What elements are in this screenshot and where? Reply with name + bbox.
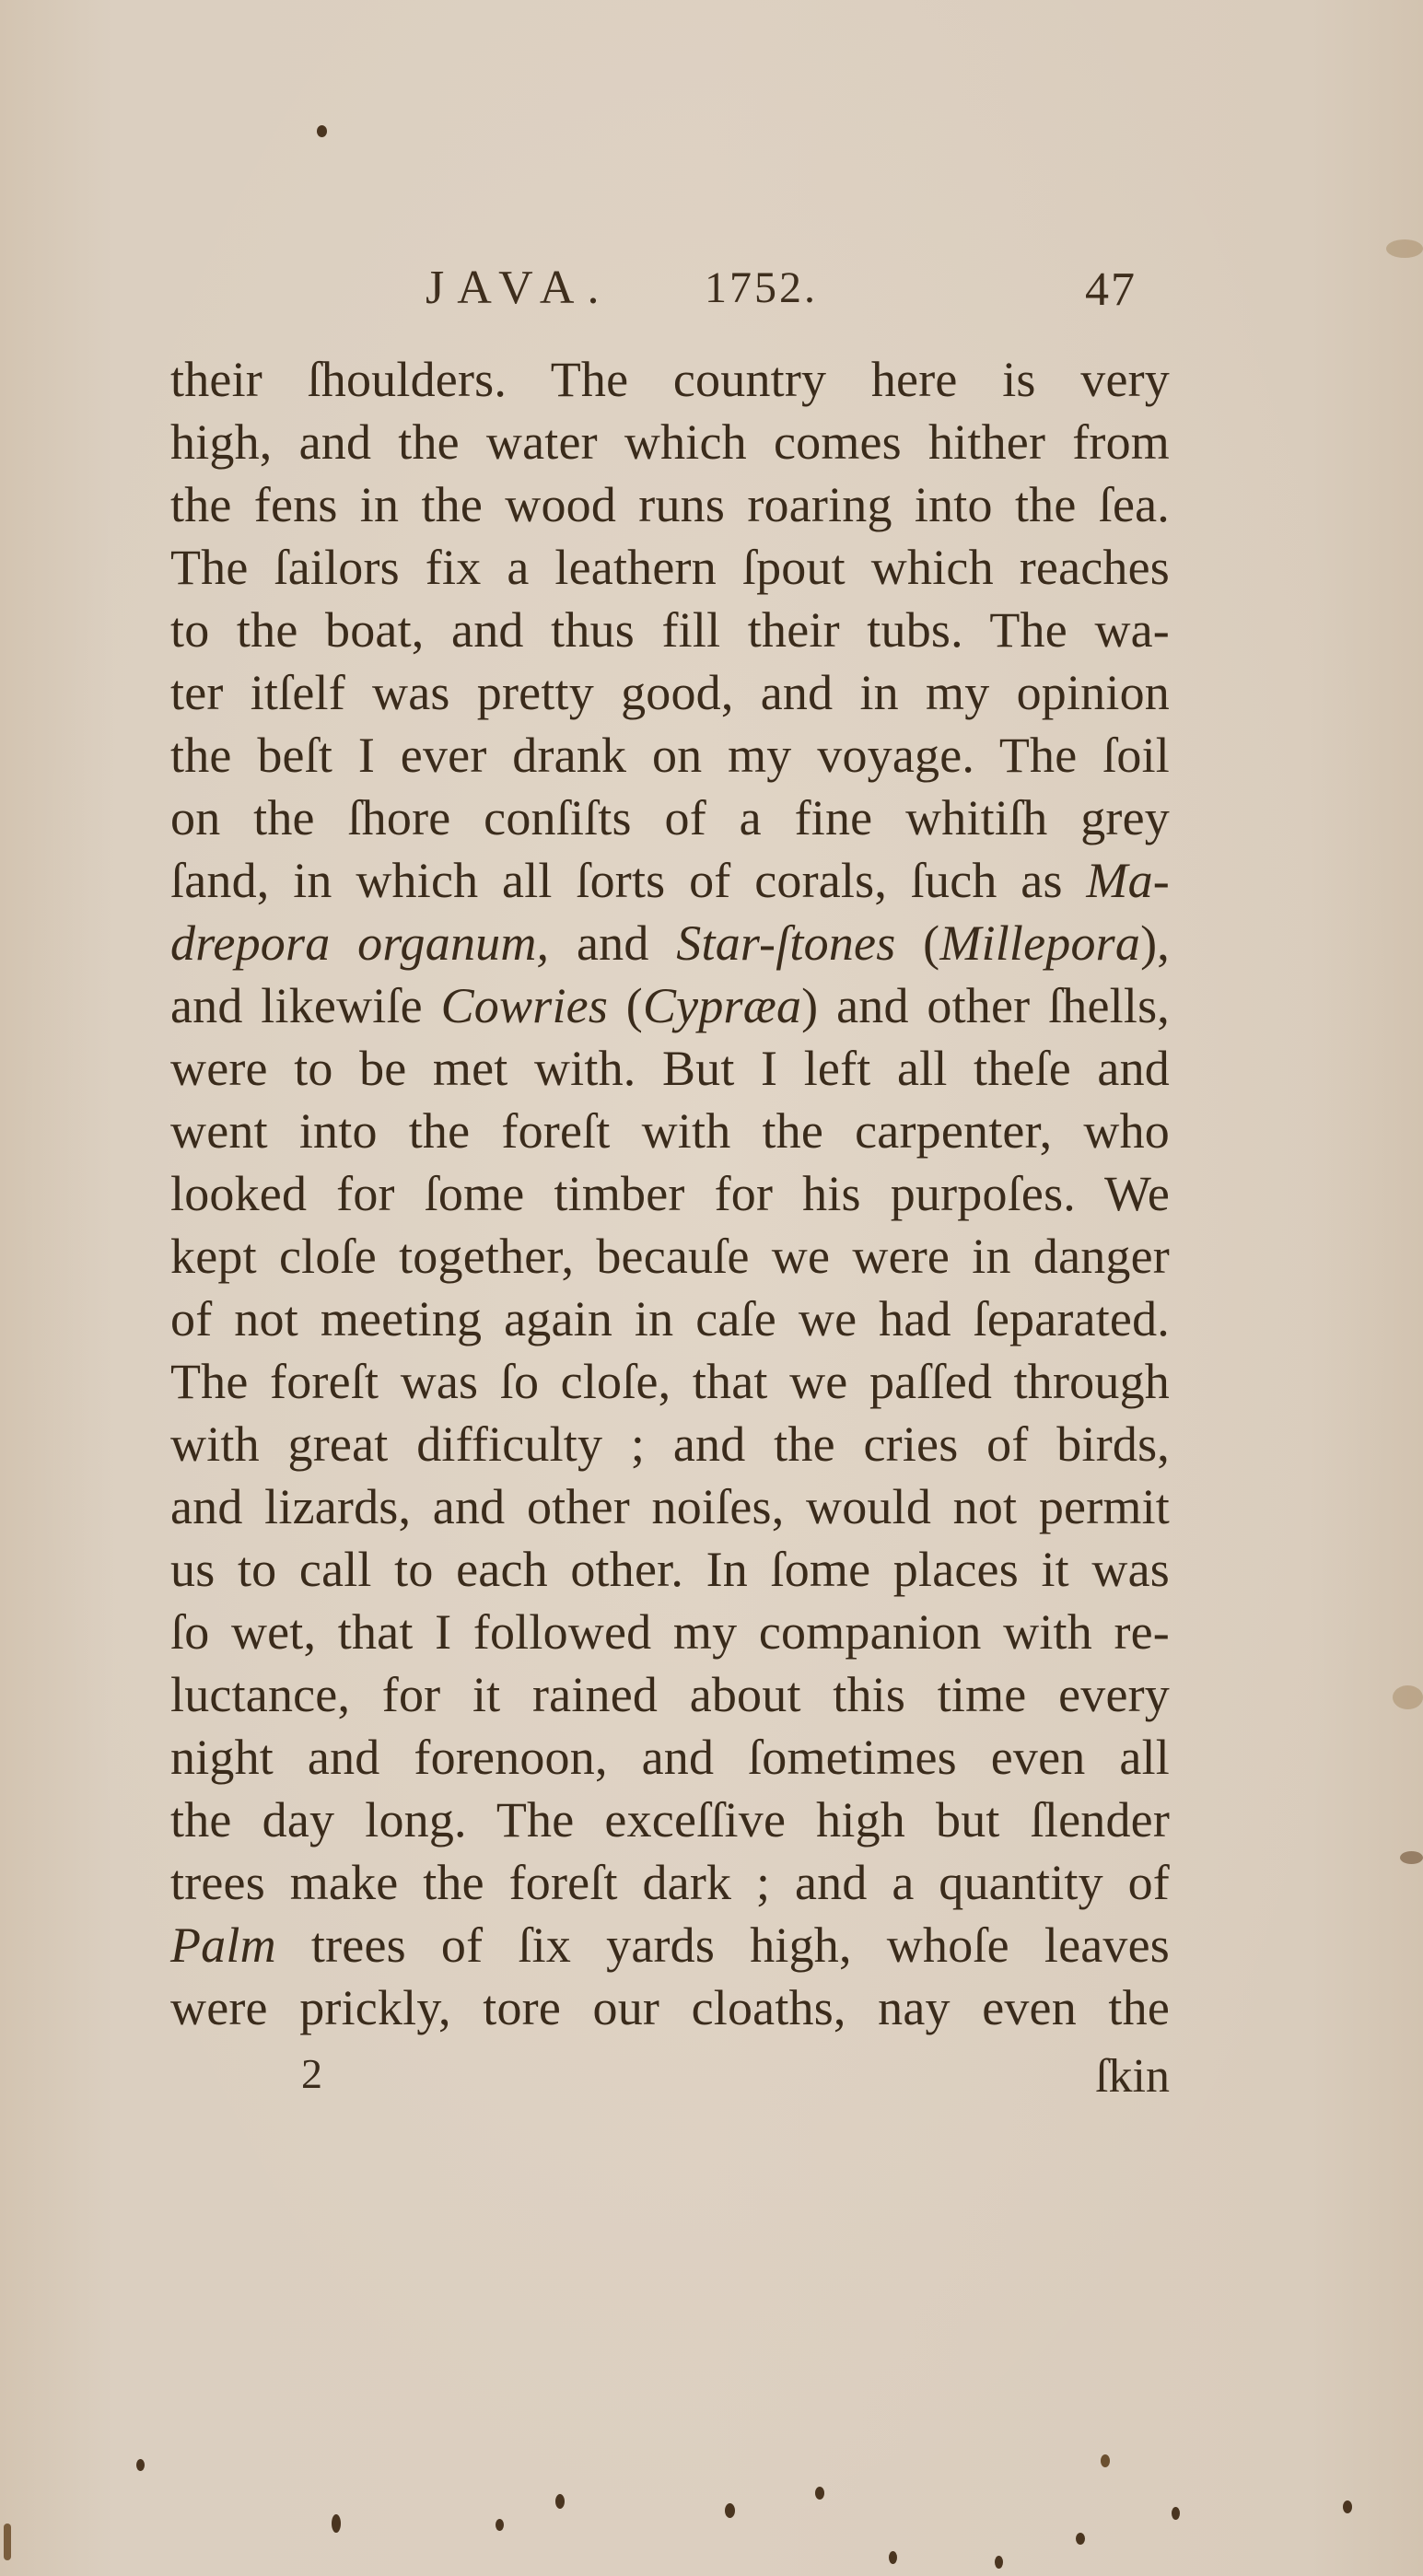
italic-term: Ma- (1086, 853, 1170, 908)
foxing-spot (4, 2524, 11, 2560)
text-line: and likewiſe Cowries (Cypræa) and other … (170, 974, 1170, 1037)
italic-term: Palm (170, 1917, 276, 1973)
foxing-spot (555, 2494, 565, 2509)
stain (1386, 239, 1423, 258)
italic-term: Cowries (441, 978, 608, 1033)
foxing-spot (332, 2514, 341, 2533)
text-line: Palm trees of ſix yards high, whoſe leav… (170, 1914, 1170, 1976)
text-line: high, and the water which comes hither f… (170, 411, 1170, 473)
text-segment: trees of ſix yards high, whoſe leaves (276, 1917, 1170, 1973)
text-line: drepora organum, and Star-ſtones (Millep… (170, 912, 1170, 974)
text-segment: the fens in the wood runs roaring into t… (170, 477, 1170, 532)
text-line: ſo wet, that I followed my companion wit… (170, 1601, 1170, 1663)
text-segment: the beſt I ever drank on my voyage. The … (170, 728, 1170, 783)
page-header: JAVA. 1752. 47 (426, 261, 1162, 316)
text-segment: trees make the foreſt dark ; and a quant… (170, 1855, 1170, 1910)
text-line: ſand, in which all ſorts of corals, ſuch… (170, 849, 1170, 912)
catchword: ſkin (1095, 2049, 1170, 2104)
text-line: The foreſt was ſo cloſe, that we paſſed … (170, 1350, 1170, 1413)
running-title: JAVA. (426, 261, 612, 315)
text-line: and lizards, and other noiſes, would not… (170, 1475, 1170, 1538)
text-segment: kept cloſe together, becauſe we were in … (170, 1229, 1170, 1284)
foxing-spot (1101, 2454, 1110, 2467)
text-segment: ſand, in which all ſorts of corals, ſuch… (170, 853, 1086, 908)
text-line: luctance, for it rained about this time … (170, 1663, 1170, 1726)
text-line: the beſt I ever drank on my voyage. The … (170, 724, 1170, 787)
foxing-spot (136, 2459, 145, 2471)
text-line: to the boat, and thus fill their tubs. T… (170, 599, 1170, 661)
text-segment: ter itſelf was pretty good, and in my op… (170, 665, 1170, 720)
text-segment: and lizards, and other noiſes, would not… (170, 1479, 1170, 1534)
text-line: kept cloſe together, becauſe we were in … (170, 1225, 1170, 1288)
italic-term: Star-ſtones (676, 915, 895, 971)
text-segment: were prickly, tore our cloaths, nay even… (170, 1980, 1170, 2035)
text-segment: the day long. The exceſſive high but ſle… (170, 1792, 1170, 1847)
text-segment: The foreſt was ſo cloſe, that we paſſed … (170, 1354, 1170, 1409)
stain (1393, 1685, 1423, 1709)
text-segment: ), (1140, 915, 1170, 971)
text-line: looked for ſome timber for his purpoſes.… (170, 1162, 1170, 1225)
text-segment: night and forenoon, and ſometimes even a… (170, 1730, 1170, 1785)
foxing-spot (317, 125, 327, 137)
text-segment: us to call to each other. In ſome places… (170, 1542, 1170, 1597)
text-segment: ( (895, 915, 939, 971)
book-page: JAVA. 1752. 47 their ſhoulders. The coun… (0, 0, 1423, 2576)
text-line: were prickly, tore our cloaths, nay even… (170, 1976, 1170, 2039)
text-segment: to the boat, and thus fill their tubs. T… (170, 602, 1170, 658)
foxing-spot (725, 2503, 735, 2518)
signature-mark: 2 (301, 2049, 322, 2098)
text-line: their ſhoulders. The country here is ver… (170, 348, 1170, 411)
text-line: the fens in the wood runs roaring into t… (170, 473, 1170, 536)
italic-term: drepora organum, (170, 915, 549, 971)
foxing-spot (995, 2556, 1003, 2569)
text-segment: ) and other ſhells, (801, 978, 1170, 1033)
text-segment: high, and the water which comes hither f… (170, 414, 1170, 470)
italic-term: Cypræa (643, 978, 801, 1033)
text-line: on the ſhore conſiſts of a fine whitiſh … (170, 787, 1170, 849)
text-line: went into the foreſt with the carpenter,… (170, 1100, 1170, 1162)
text-line: night and forenoon, and ſometimes even a… (170, 1726, 1170, 1789)
text-line: of not meeting again in caſe we had ſepa… (170, 1288, 1170, 1350)
text-segment: and likewiſe (170, 978, 441, 1033)
text-line: were to be met with. But I left all theſ… (170, 1037, 1170, 1100)
text-segment: ( (608, 978, 643, 1033)
text-line: ter itſelf was pretty good, and in my op… (170, 661, 1170, 724)
foxing-spot (1076, 2533, 1085, 2545)
text-segment: ſo wet, that I followed my companion wit… (170, 1604, 1170, 1660)
foxing-spot (496, 2519, 504, 2531)
text-segment: looked for ſome timber for his purpoſes.… (170, 1166, 1170, 1221)
foxing-spot (815, 2487, 824, 2500)
text-segment: their ſhoulders. The country here is ver… (170, 352, 1170, 407)
page-footer: 2 ſkin (170, 2049, 1170, 2104)
text-line: trees make the foreſt dark ; and a quant… (170, 1851, 1170, 1914)
stain (1400, 1851, 1423, 1864)
text-line: us to call to each other. In ſome places… (170, 1538, 1170, 1601)
text-segment: and (549, 915, 676, 971)
foxing-spot (889, 2551, 897, 2564)
text-segment: went into the foreſt with the carpenter,… (170, 1103, 1170, 1159)
text-line: The ſailors fix a leathern ſpout which r… (170, 536, 1170, 599)
text-segment: of not meeting again in caſe we had ſepa… (170, 1291, 1170, 1346)
body-text: their ſhoulders. The country here is ver… (170, 348, 1170, 2039)
page-number: 47 (1085, 262, 1137, 317)
text-line: with great difficulty ; and the cries of… (170, 1413, 1170, 1475)
text-segment: on the ſhore conſiſts of a fine whitiſh … (170, 790, 1170, 845)
text-segment: were to be met with. But I left all theſ… (170, 1041, 1170, 1096)
foxing-spot (1343, 2500, 1352, 2513)
header-year: 1752. (705, 262, 818, 313)
text-segment: with great difficulty ; and the cries of… (170, 1416, 1170, 1472)
italic-term: Millepora (939, 915, 1140, 971)
text-segment: The ſailors fix a leathern ſpout which r… (170, 540, 1170, 595)
foxing-spot (1172, 2507, 1180, 2520)
text-line: the day long. The exceſſive high but ſle… (170, 1789, 1170, 1851)
text-segment: luctance, for it rained about this time … (170, 1667, 1170, 1722)
